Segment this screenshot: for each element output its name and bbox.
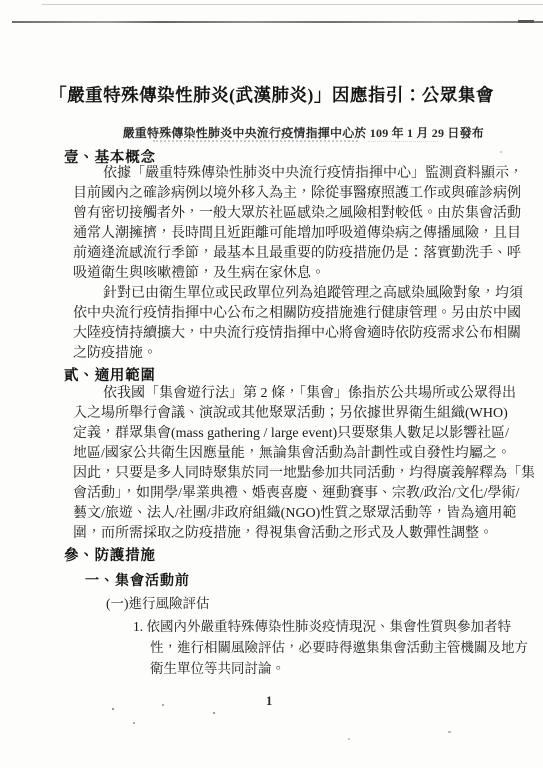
scan-speck <box>133 722 135 724</box>
scan-artifact-mark <box>518 20 534 23</box>
release-note: 嚴重特殊傳染性肺炎中央流行疫情指揮中心於 109 年 1 月 29 日發布 <box>123 124 484 141</box>
section-1-paragraph-1: 依據「嚴重特殊傳染性肺炎中央流行疫情指揮中心」監測資料顯示， 目前國內之確診病例… <box>73 164 523 284</box>
scan-speck <box>213 712 215 714</box>
document-title: 「嚴重特殊傳染性肺炎(武漢肺炎)」因應指引：公眾集會 <box>0 82 543 107</box>
scan-speck <box>162 704 164 706</box>
section-3-risk-assessment-heading: (一)進行風險評估 <box>106 592 210 612</box>
scan-speck <box>348 738 350 740</box>
scan-artifact-line <box>12 21 543 23</box>
section-1-paragraph-2: 針對已由衛生單位或民政單位列為追蹤管理之高感染風險對象，均須 依中央流行疫情指揮… <box>73 284 523 364</box>
scan-artifact-dots <box>368 141 438 142</box>
scanned-document-page: 「嚴重特殊傳染性肺炎(武漢肺炎)」因應指引：公眾集會 嚴重特殊傳染性肺炎中央流行… <box>0 0 543 768</box>
section-2-paragraph-1: 依我國「集會遊行法」第 2 條，「集會」係指於公共場所或公眾得出 入之場所舉行會… <box>73 384 535 544</box>
scan-speck <box>500 151 502 153</box>
scan-artifact-line <box>42 4 543 5</box>
scan-speck <box>448 731 451 733</box>
scan-speck <box>112 708 114 710</box>
section-3-heading: 參、防護措施 <box>64 544 156 565</box>
page-number: 1 <box>266 694 272 709</box>
section-2-heading: 貳、適用範圍 <box>64 364 156 385</box>
section-3-subsection-heading: 一、集會活動前 <box>85 570 190 590</box>
section-3-item-1: 1. 依國內外嚴重特殊傳染性肺炎疫情現況、集會性質與參加者特 性，進行相關風險評… <box>150 616 528 679</box>
